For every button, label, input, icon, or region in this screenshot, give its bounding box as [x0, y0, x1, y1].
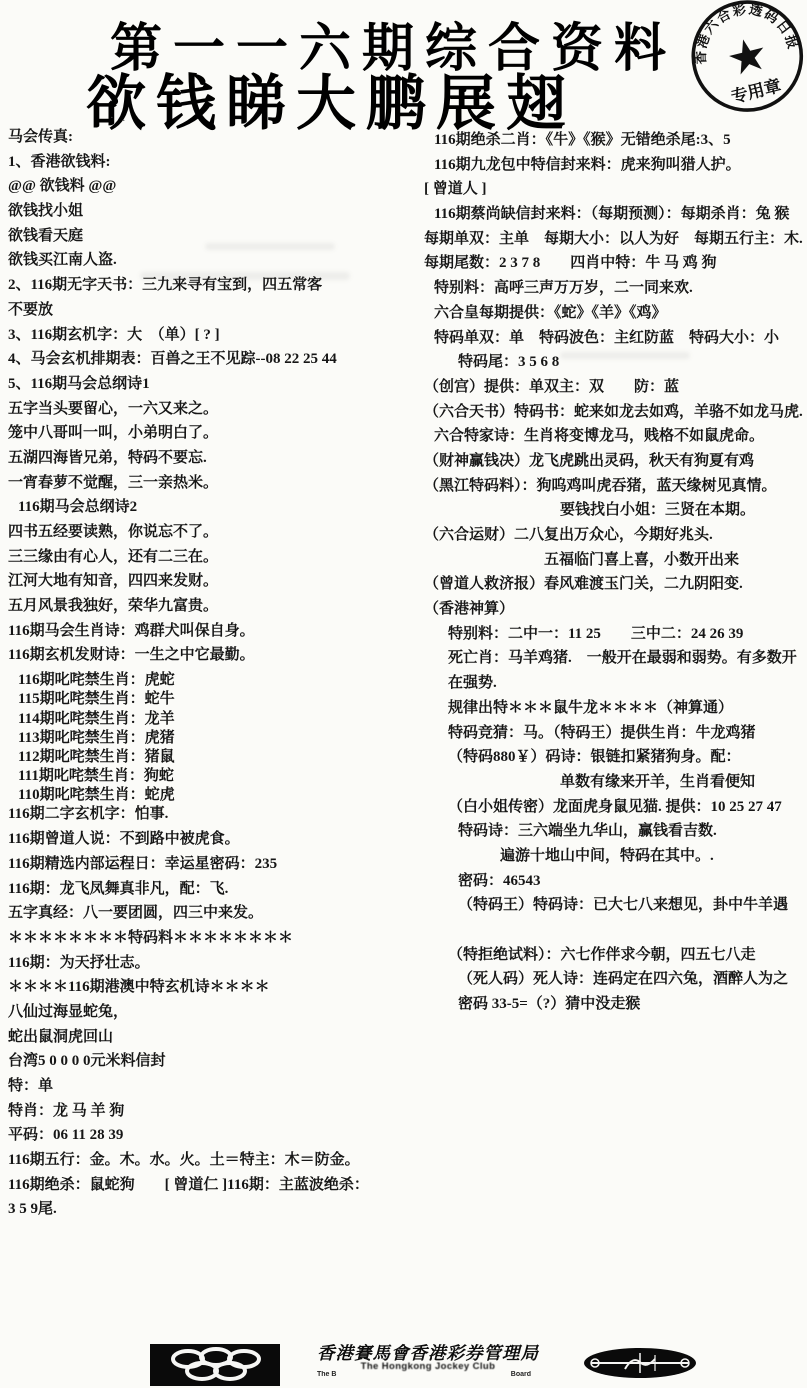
text-line [424, 923, 807, 948]
text-line: （特码王）特码诗：已大七八来想见，卦中牛羊遇 [424, 898, 807, 923]
text-line: 4、马会玄机排期表：百兽之王不见踪--08 22 25 44 [8, 352, 422, 377]
text-line: 5、116期马会总纲诗1 [8, 377, 422, 402]
text-line: 3、116期玄机字：大 （单）[ ? ] [8, 328, 422, 353]
text-line: 五字当头要留心，一六又来之。 [8, 402, 422, 427]
oval-badge-icon [581, 1345, 699, 1381]
left-column: 马会传真:1、香港欲钱料:@@ 欲钱料 @@欲钱找小姐欲钱看天庭欲钱买江南人盗.… [8, 130, 422, 1227]
footer-org-sub-left: The B [317, 1371, 336, 1378]
text-line: （特拒绝试料）：六七作伴求今朝，四五七八走 [424, 948, 807, 973]
text-line: （曾道人救济报）春风难渡玉门关，二九阴阳变. [424, 577, 807, 602]
text-line: 115期叱咤禁生肖：蛇牛 [8, 692, 422, 711]
text-line: 每期单双：主单 每期大小：以人为好 每期五行主：木. [424, 232, 807, 257]
text-line: 110期叱咤禁生肖：蛇虎 [8, 788, 422, 807]
text-line: ＊＊＊＊116期港澳中特玄机诗＊＊＊＊ [8, 980, 422, 1005]
text-line: 116期精选内部运程日：幸运星密码：235 [8, 857, 422, 882]
text-line: （死人码）死人诗：连码定在四六兔，酒醉人为之 [424, 972, 807, 997]
seal-stamp: 香港六合彩透码日报社 ★ 专用章 [673, 0, 807, 135]
footer-org-block: 香港賽馬會香港彩券管理局 The Hongkong Jockey Club Th… [283, 1340, 573, 1378]
text-line: 六合皇每期提供：《蛇》《羊》《鸡》 [424, 306, 807, 331]
text-line: 116期叱咤禁生肖：虎蛇 [8, 673, 422, 692]
text-line: 五湖四海皆兄弟，特码不要忘. [8, 451, 422, 476]
text-line: 2、116期无字天书：三九来寻有宝到，四五常客 [8, 278, 422, 303]
text-line: （创宫）提供：单双主：双 防：蓝 [424, 380, 807, 405]
text-line: 笼中八哥叫一叫，小弟明白了。 [8, 426, 422, 451]
text-line: （六合天书）特码书：蛇来如龙去如鸡，羊骆不如龙马虎. [424, 405, 807, 430]
text-line: 112期叱咤禁生肖：猪鼠 [8, 750, 422, 769]
text-line: 116期绝杀：鼠蛇狗 [ 曾道仁 ]116期：主蓝波绝杀： [8, 1178, 422, 1203]
text-line: 3 5 9尾. [8, 1202, 422, 1227]
text-line: 114期叱咤禁生肖：龙羊 [8, 712, 422, 731]
text-line: 密码：46543 [424, 874, 807, 899]
text-line: 在强势. [424, 676, 807, 701]
text-line: 113期叱咤禁生肖：虎猪 [8, 731, 422, 750]
text-line: 密码 33-5=（?）猜中没走猴 [424, 997, 807, 1022]
footer-org-sub: The B Board [283, 1371, 573, 1378]
text-line: 单数有缘来开羊，生肖看便知 [424, 775, 807, 800]
text-line: 台湾5 0 0 0 0元米料信封 [8, 1054, 422, 1079]
text-line: 每期尾数：2 3 7 8 四肖中特：牛 马 鸡 狗 [424, 256, 807, 281]
jockey-club-logo-icon [150, 1344, 280, 1386]
text-line: 116期绝杀二肖：《牛》《猴》无错绝杀尾:3、5 [424, 133, 807, 158]
text-line: 五福临门喜上喜，小数开出来 [424, 553, 807, 578]
text-line: 116期九龙包中特信封来料：虎来狗叫猎人护。 [424, 158, 807, 183]
stamp-star-icon: ★ [721, 27, 773, 86]
text-line: 111期叱咤禁生肖：狗蛇 [8, 769, 422, 788]
text-line: ＊＊＊＊＊＊＊＊特码料＊＊＊＊＊＊＊＊ [8, 931, 422, 956]
text-line: 特码诗：三六端坐九华山，赢钱看吉数. [424, 824, 807, 849]
text-line: 1、香港欲钱料: [8, 155, 422, 180]
text-line: 特码竞猜：马。（特码王）提供生肖：牛龙鸡猪 [424, 726, 807, 751]
right-column: 116期绝杀二肖：《牛》《猴》无错绝杀尾:3、5116期九龙包中特信封来料：虎来… [424, 133, 807, 1022]
text-line: 欲钱看天庭 [8, 229, 422, 254]
text-line: [ 曾道人 ] [424, 182, 807, 207]
text-line: 特别料：二中一：11 25 三中二：24 26 39 [424, 627, 807, 652]
text-line: @@ 欲钱料 @@ [8, 179, 422, 204]
text-line: 特码单双：单 特码波色：主红防蓝 特码大小：小 [424, 331, 807, 356]
text-line: 特码尾：3 5 6 8 [424, 355, 807, 380]
text-line: 特：单 [8, 1079, 422, 1104]
text-line: 六合特家诗：生肖将变博龙马，贱格不如鼠虎命。 [424, 429, 807, 454]
text-line: 116期：为天抒壮志。 [8, 956, 422, 981]
text-line: 116期玄机发财诗：一生之中它最勤。 [8, 648, 422, 673]
text-line: 江河大地有知音，四四来发财。 [8, 574, 422, 599]
text-line: 平码：06 11 28 39 [8, 1128, 422, 1153]
text-line: （白小姐传密）龙面虎身鼠见猫. 提供：10 25 27 47 [424, 800, 807, 825]
text-line: 三三缘由有心人，还有二三在。 [8, 550, 422, 575]
text-line: 欲钱找小姐 [8, 204, 422, 229]
text-line: 遍游十地山中间，特码在其中。. [424, 849, 807, 874]
text-line: 116期曾道人说：不到路中被虎食。 [8, 832, 422, 857]
text-line: 116期二字玄机字：怕事. [8, 807, 422, 832]
text-line: 116期蔡尚缺信封来料：（每期预测）：每期杀肖：兔 猴 [424, 207, 807, 232]
footer-org-sub-right: Board [511, 1371, 531, 1378]
text-line: 一宵春萝不觉醒，三一亲热米。 [8, 476, 422, 501]
text-line: 要钱找白小姐：三贤在本期。 [424, 503, 807, 528]
text-line: （特码880￥）码诗：银链扣紧猪狗身。配： [424, 750, 807, 775]
text-line: （香港神算） [424, 602, 807, 627]
scanned-lottery-info-sheet: 第一一六期综合资料 欲钱睇大鹏展翅 香港六合彩透码日报社 ★ 专用章 · . 马… [0, 0, 807, 1388]
text-line: （财神赢钱决）龙飞虎跳出灵码，秋天有狗夏有鸡 [424, 454, 807, 479]
text-line: 欲钱买江南人盗. [8, 253, 422, 278]
text-line: 特别料：高呼三声万万岁，二一同来欢. [424, 281, 807, 306]
scan-speck: · . [110, 112, 128, 124]
text-line: 马会传真: [8, 130, 422, 155]
text-line: 五字真经：八一要团圆，四三中来发。 [8, 906, 422, 931]
text-line: （六合运财）二八复出万众心，今期好兆头. [424, 528, 807, 553]
text-line: 116期马会生肖诗：鸡群犬叫保自身。 [8, 624, 422, 649]
text-line: 蛇出鼠洞虎回山 [8, 1030, 422, 1055]
text-line: 不要放 [8, 303, 422, 328]
text-line: （黑江特码料）：狗呜鸡叫虎吞猪，蓝天缘树见真情。 [424, 479, 807, 504]
text-line: 116期：龙飞凤舞真非凡，配：飞. [8, 882, 422, 907]
text-line: 规律出特＊＊＊鼠牛龙＊＊＊＊（神算通） [424, 701, 807, 726]
text-line: 八仙过海显蛇兔， [8, 1005, 422, 1030]
text-line: 特肖：龙 马 羊 狗 [8, 1104, 422, 1129]
text-line: 116期马会总纲诗2 [8, 500, 422, 525]
text-line: 五月风景我独好，荣华九富贵。 [8, 599, 422, 624]
text-line: 死亡肖：马羊鸡猪. 一般开在最弱和弱势。有多数开 [424, 651, 807, 676]
text-line: 116期五行：金。木。水。火。土＝特主：木＝防金。 [8, 1153, 422, 1178]
text-line: 四书五经要读熟，你说忘不了。 [8, 525, 422, 550]
